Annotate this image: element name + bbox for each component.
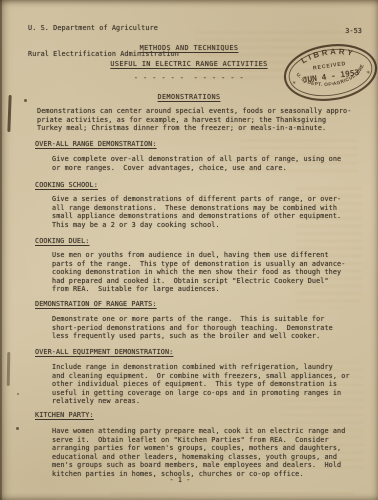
section-heading-row: DEMONSTRATION OF RANGE PARTS: xyxy=(35,300,157,309)
agency-line-1: U. S. Department of Agriculture xyxy=(28,24,179,33)
section-heading-row: OVER-ALL EQUIPMENT DEMONSTRATION: xyxy=(35,348,173,357)
section-heading-row: OVER-ALL RANGE DEMONSTRATION: xyxy=(35,140,157,149)
section-heading: COOKING DUEL: xyxy=(35,237,90,245)
stamp-library-text: LIBRARY xyxy=(299,44,358,66)
section-body: Have women attending party prepare meal,… xyxy=(52,427,345,478)
ink-speck xyxy=(17,393,19,395)
section-heading: OVER-ALL EQUIPMENT DEMONSTRATION: xyxy=(35,348,173,356)
svg-text:LIBRARY: LIBRARY xyxy=(299,44,358,66)
ink-speck xyxy=(24,99,27,102)
section-body: Use men or youths from audience in duel,… xyxy=(52,251,345,294)
pen-mark xyxy=(7,95,11,132)
section-heading: KITCHEN PARTY: xyxy=(35,411,94,419)
library-received-stamp: LIBRARY RECEIVED JUN 4 - 1953 + * * U. S… xyxy=(278,37,378,109)
pen-mark xyxy=(7,352,10,386)
bleed-through-smudge xyxy=(110,487,355,496)
section-body: Give complete over-all demonstration of … xyxy=(52,155,341,172)
doc-number: 3-53 xyxy=(345,27,362,36)
document-title-line-1: METHODS AND TECHNIQUES xyxy=(140,44,239,52)
section-body: Give a series of demonstrations of diffe… xyxy=(52,195,341,229)
page-number: - 1 - xyxy=(0,476,360,485)
section-heading: DEMONSTRATION OF RANGE PARTS: xyxy=(35,300,157,308)
section-heading-row: COOKING DUEL: xyxy=(35,237,90,246)
section-heading-row: COOKING SCHOOL: xyxy=(35,181,98,190)
main-heading: DEMONSTRATIONS xyxy=(158,93,221,101)
ink-speck xyxy=(16,427,19,430)
section-heading: OVER-ALL RANGE DEMONSTRATION: xyxy=(35,140,157,148)
document-page: U. S. Department of Agriculture Rural El… xyxy=(0,0,378,500)
section-body: Include range in demonstration combined … xyxy=(52,363,350,406)
section-heading: COOKING SCHOOL: xyxy=(35,181,98,189)
stamp-star-left-icon: * xyxy=(292,80,297,88)
intro-paragraph: Demonstrations can center around special… xyxy=(37,107,351,133)
document-title-line-2: USEFUL IN ELECTRIC RANGE ACTIVITIES xyxy=(110,60,267,68)
section-heading-row: KITCHEN PARTY: xyxy=(35,411,94,420)
section-body: Demonstrate one or more parts of the ran… xyxy=(52,315,333,341)
